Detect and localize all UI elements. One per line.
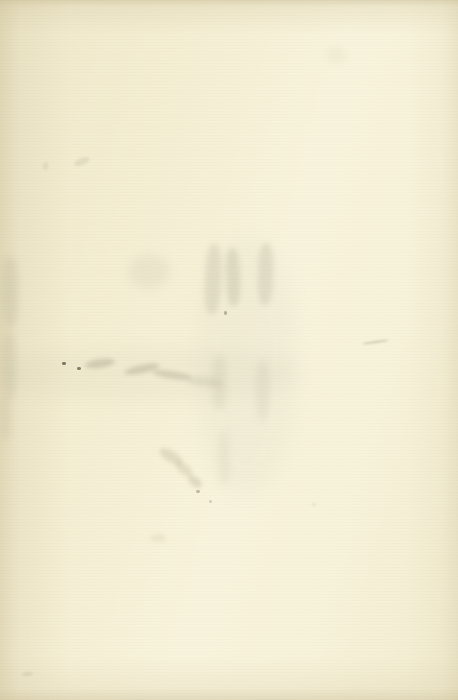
- faint-curve: [42, 162, 48, 171]
- ink-speck: [62, 362, 66, 365]
- faint-smudge: [326, 47, 346, 63]
- bleedthrough-band: [196, 238, 296, 493]
- dust-speck: [312, 503, 316, 506]
- pencil-smudge: [152, 368, 193, 382]
- scratch-mark: [362, 339, 389, 345]
- offset-stain: [186, 473, 204, 490]
- ghost-streak: [218, 430, 230, 485]
- dust-speck: [196, 490, 200, 493]
- ghost-streak: [204, 244, 222, 315]
- ghost-streak: [257, 243, 273, 305]
- bleedthrough-band: [0, 348, 300, 400]
- ghost-streak: [128, 255, 170, 289]
- scanned-page: [0, 0, 458, 700]
- ink-speck: [77, 367, 81, 370]
- pencil-smudge: [124, 361, 161, 376]
- page-marks-layer: [0, 0, 458, 700]
- pencil-smudge: [85, 357, 116, 370]
- faint-curve: [73, 155, 90, 167]
- edge-smudge: [2, 332, 16, 400]
- offset-stain: [173, 459, 195, 479]
- dust-speck: [22, 672, 33, 677]
- edge-smudge: [2, 256, 18, 328]
- edge-smudge: [0, 398, 11, 440]
- faint-smudge: [150, 534, 166, 542]
- ghost-streak: [212, 355, 226, 410]
- dust-speck: [209, 500, 212, 503]
- ghost-streak: [256, 360, 269, 420]
- pencil-smudge: [186, 375, 223, 388]
- ghost-streak: [225, 248, 241, 306]
- offset-stain: [157, 445, 185, 468]
- ink-speck: [224, 311, 227, 315]
